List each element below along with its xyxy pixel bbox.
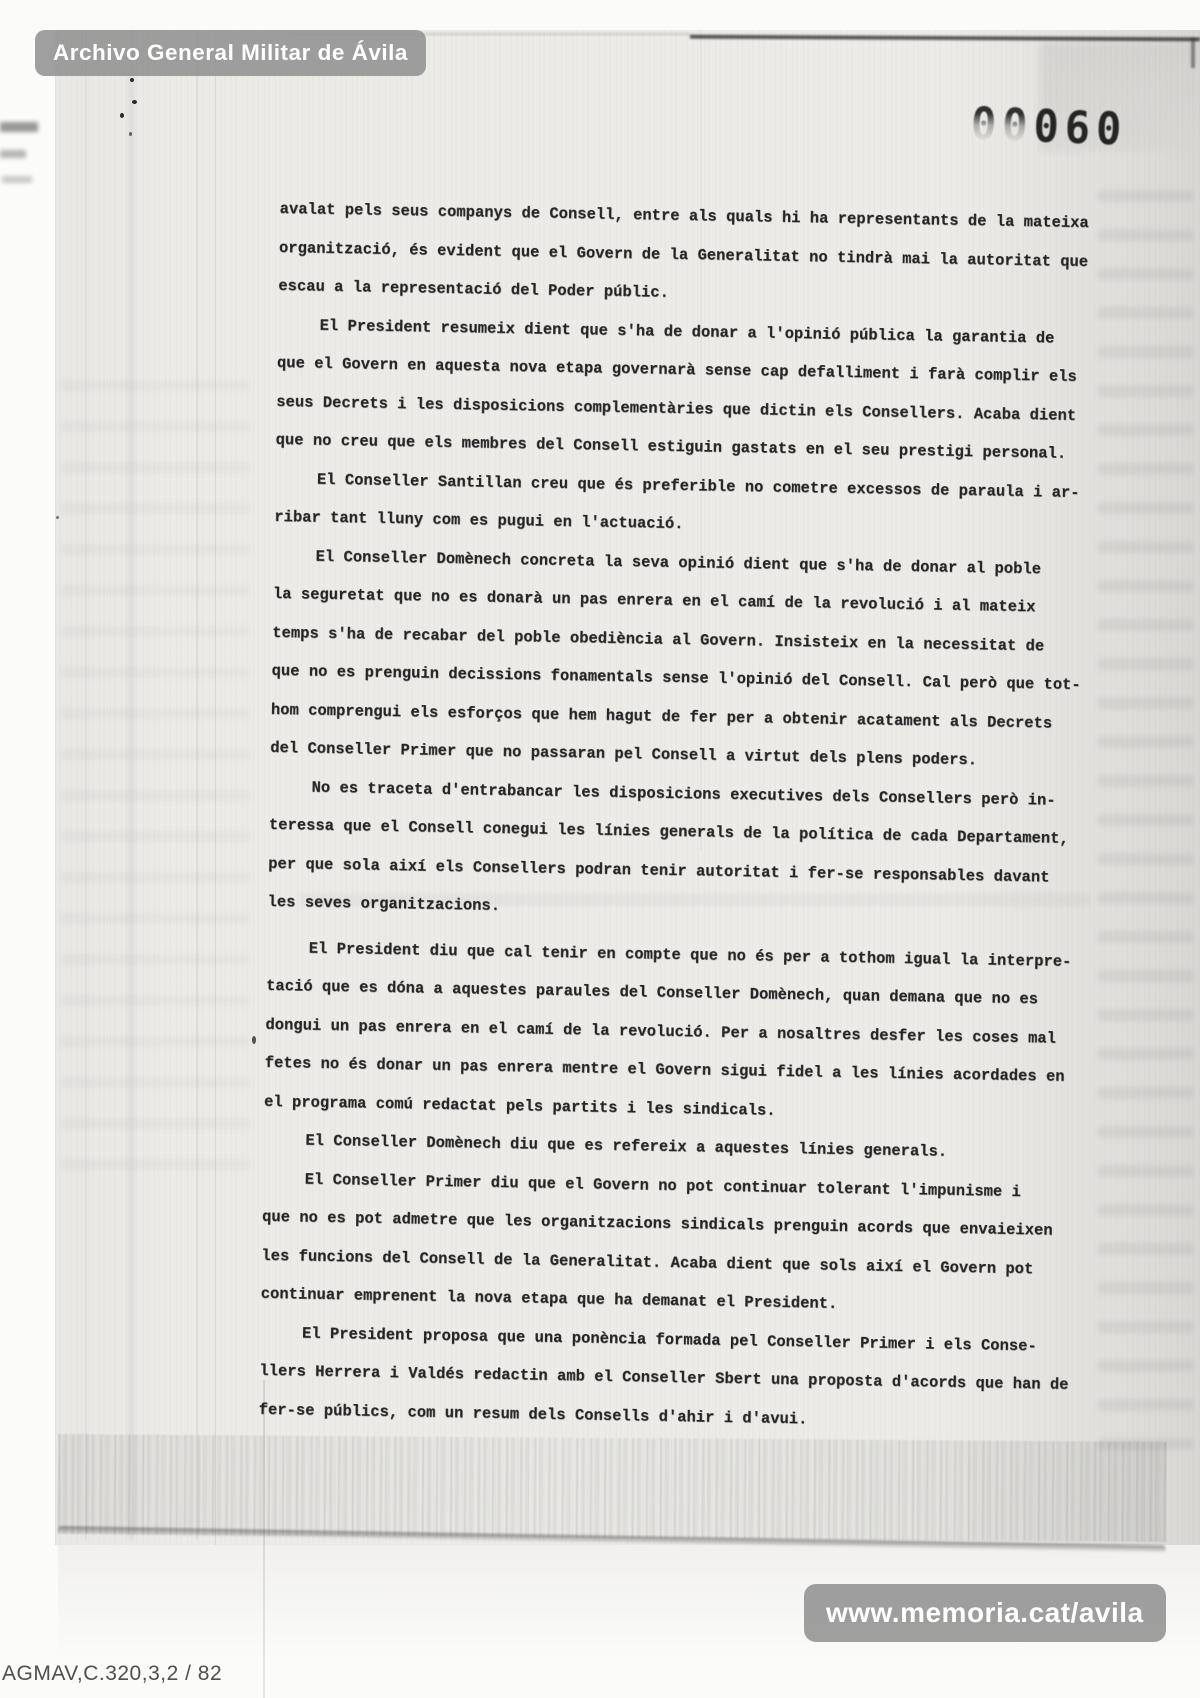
ink-speck: [132, 100, 137, 104]
document-paragraph: El Conseller Primer diu que el Govern no…: [260, 1159, 1093, 1327]
paper-fold-shadow: [58, 1434, 1167, 1542]
document-paragraph: avalat pels seus companys de Consell, en…: [278, 190, 1110, 320]
document-paragraph: El Conseller Domènech concreta la seva o…: [270, 536, 1104, 781]
stamp-faded-digits: 00: [970, 98, 1035, 152]
ink-speck: [252, 1036, 256, 1044]
edge-smudge: [0, 122, 38, 132]
scanned-document-page: 00060 avalat pels seus companys de Conse…: [0, 0, 1200, 1698]
page-number-stamp: 00060: [970, 98, 1128, 155]
edge-smudge: [0, 150, 26, 158]
website-watermark-badge: www.memoria.cat/avila: [804, 1584, 1166, 1642]
document-paragraph: El President diu que cal tenir en compte…: [264, 928, 1097, 1135]
document-paragraph: El President proposa que una ponència fo…: [258, 1313, 1090, 1443]
ink-speck: [56, 516, 59, 519]
document-paragraph: El Conseller Santillan creu que és prefe…: [274, 459, 1105, 550]
ink-speck: [129, 132, 132, 136]
stamp-clear-digits: 060: [1033, 100, 1129, 155]
reference-caption: AGMAV,C.320,3,2 / 82: [2, 1662, 222, 1686]
archive-watermark-badge: Archivo General Militar de Ávila: [35, 30, 426, 76]
document-paragraph: No es traceta d'entrabancar les disposic…: [267, 767, 1100, 935]
document-paragraph: El President resumeix dient que s'ha de …: [275, 305, 1108, 473]
ink-speck: [120, 113, 124, 118]
document-body: avalat pels seus companys de Consell, en…: [258, 190, 1109, 1443]
edge-smudge: [2, 176, 32, 183]
ink-speck: [130, 78, 134, 82]
ink-bleedthrough-right: [1098, 190, 1194, 1450]
ink-bleedthrough-left: [60, 380, 250, 1200]
